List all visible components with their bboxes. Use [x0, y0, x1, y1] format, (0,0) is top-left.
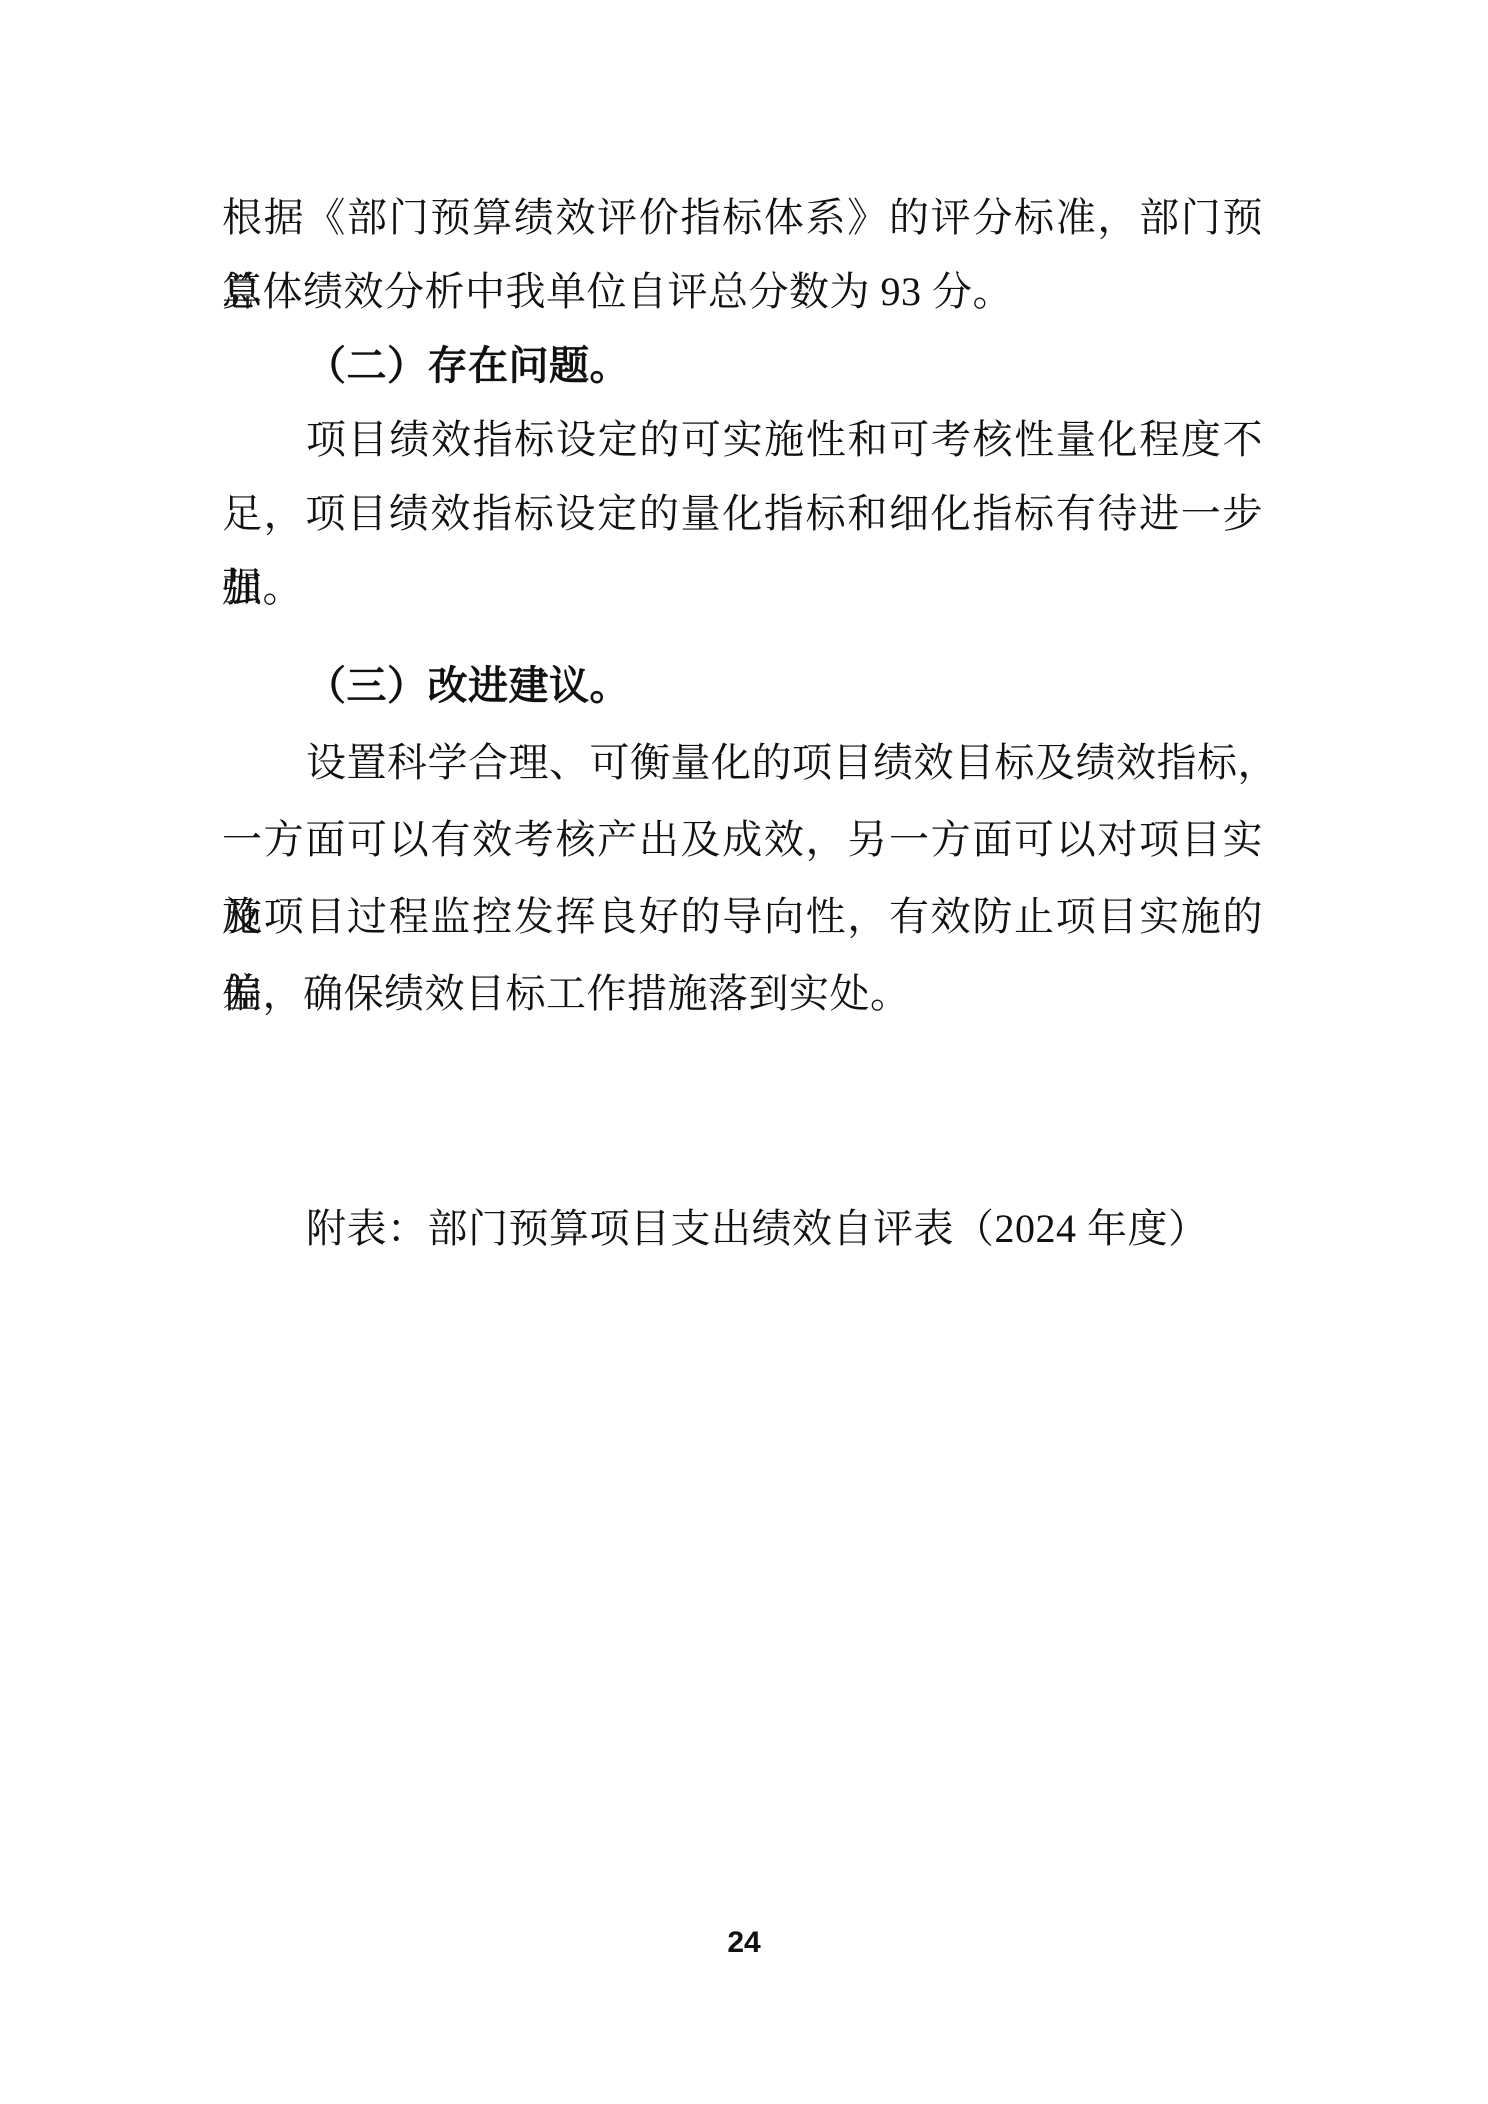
paragraph-line: 差，确保绩效目标工作措施落到实处。: [222, 955, 1263, 1032]
page-number: 24: [0, 1923, 1488, 1963]
paragraph-line: 足，项目绩效指标设定的量化指标和细化指标有待进一步加: [222, 477, 1263, 551]
section-heading-problems: （二）存在问题。: [222, 329, 1263, 403]
paragraph-line: 根据《部门预算绩效评价指标体系》的评分标准，部门预算: [222, 181, 1263, 255]
paragraph-line: 强。: [222, 551, 1263, 625]
attachment-note: 附表：部门预算项目支出绩效自评表（2024 年度）: [222, 1190, 1263, 1267]
page-content: 根据《部门预算绩效评价指标体系》的评分标准，部门预算 总体绩效分析中我单位自评总…: [222, 181, 1263, 1267]
paragraph-line: 总体绩效分析中我单位自评总分数为 93 分。: [222, 255, 1263, 329]
document-page: 根据《部门预算绩效评价指标体系》的评分标准，部门预算 总体绩效分析中我单位自评总…: [0, 0, 1488, 2104]
paragraph-line: 一方面可以有效考核产出及成效，另一方面可以对项目实施: [222, 801, 1263, 878]
paragraph-line: 设置科学合理、可衡量化的项目绩效目标及绩效指标，: [222, 724, 1263, 801]
paragraph-line: 及项目过程监控发挥良好的导向性，有效防止项目实施的偏: [222, 878, 1263, 955]
paragraph-line: 项目绩效指标设定的可实施性和可考核性量化程度不: [222, 403, 1263, 477]
section-heading-suggestions: （三）改进建议。: [222, 647, 1263, 724]
